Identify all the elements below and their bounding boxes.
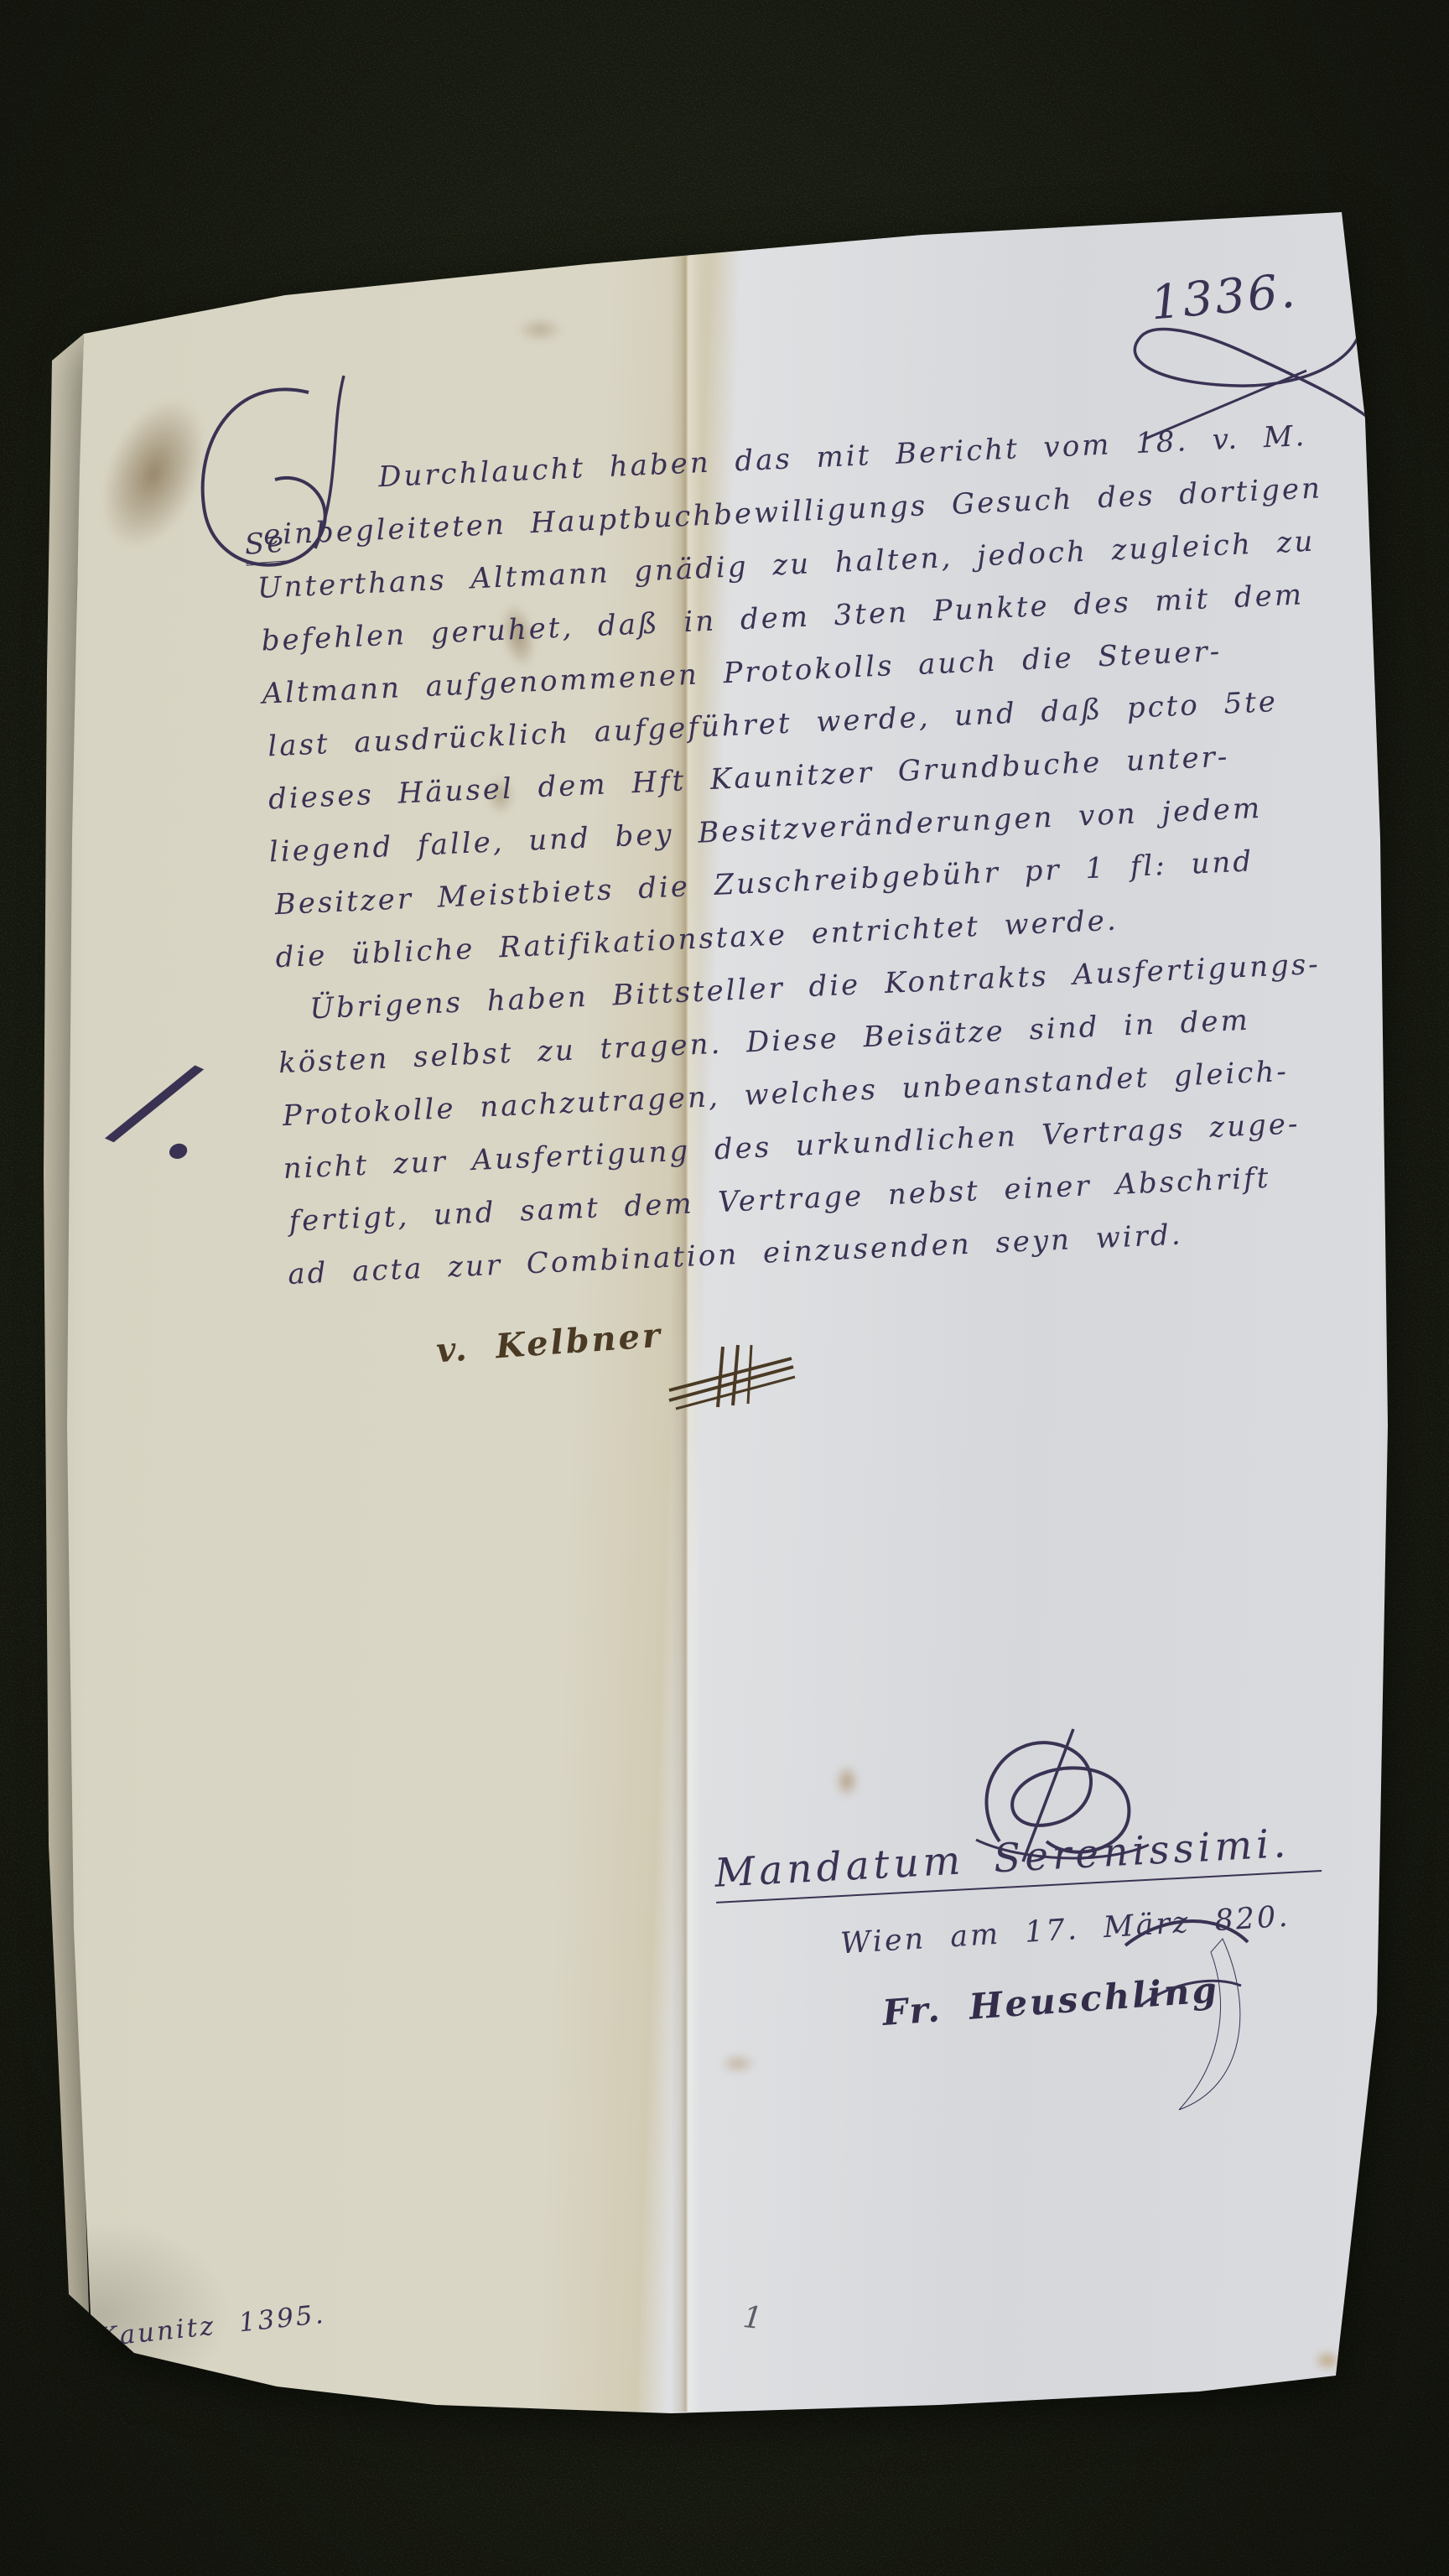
ink-stain — [517, 317, 563, 342]
margin-slash-mark: /. — [106, 1026, 241, 1193]
body-text: Durchlaucht haben das mit Bericht vom 18… — [252, 409, 1357, 1301]
signature-main: v. Kelbner — [435, 1316, 664, 1371]
photograph-of-document: 1336. Se Durchlaucht haben das mit Beric… — [0, 0, 1449, 2576]
paper-sheet: 1336. Se Durchlaucht haben das mit Beric… — [0, 0, 1449, 2576]
ink-stain — [834, 1764, 860, 1798]
ink-stain — [719, 2053, 756, 2075]
closing-signature-flourish — [1115, 1905, 1266, 2140]
signature-hatch-flourish — [667, 1338, 802, 1414]
archival-note: Kaunitz 1395. — [96, 2299, 327, 2353]
ink-stain — [1313, 2350, 1342, 2371]
pencil-page-number: 1 — [741, 2300, 764, 2336]
paper-sheet-wrapper: 1336. Se Durchlaucht haben das mit Beric… — [0, 0, 1449, 2576]
